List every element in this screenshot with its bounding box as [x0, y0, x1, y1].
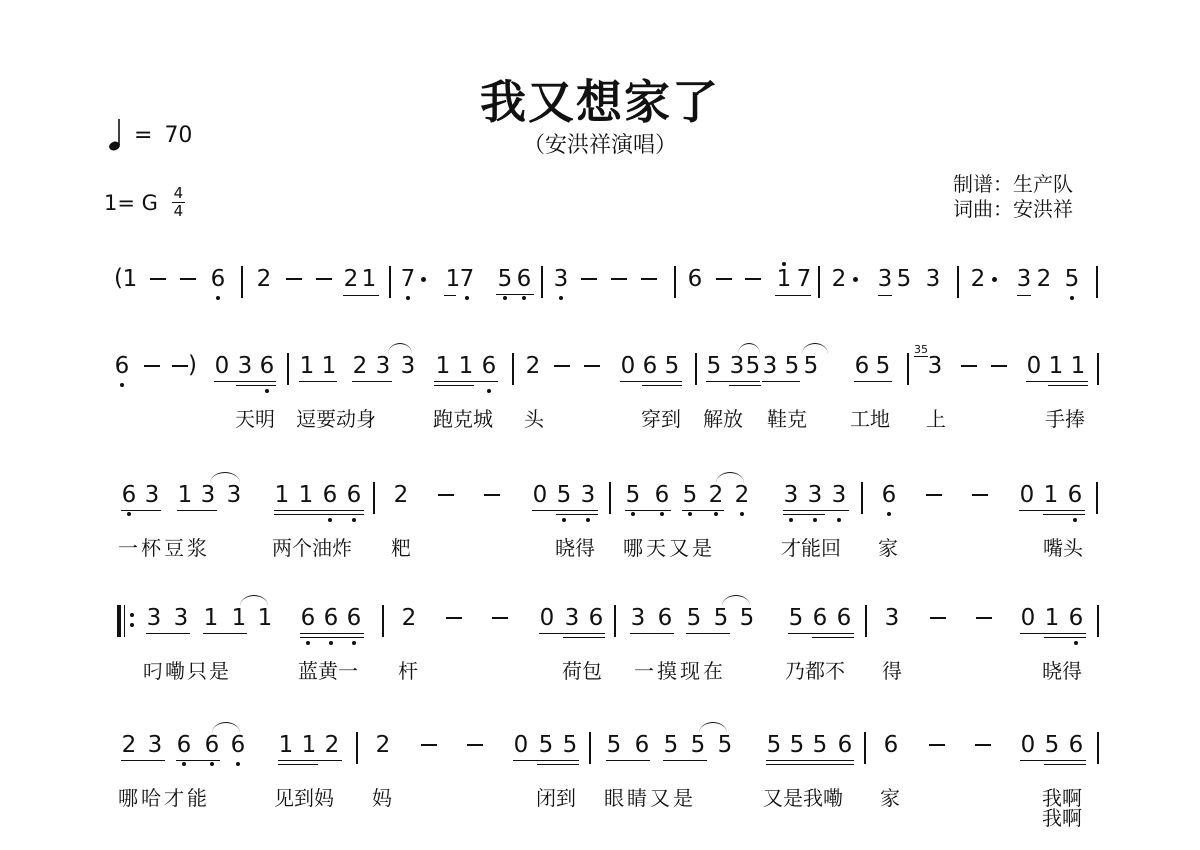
barline [287, 353, 289, 385]
low-octave-dot [813, 518, 817, 522]
note: 1 [1069, 353, 1087, 379]
note: 2 [374, 732, 392, 758]
beam-underline [1044, 637, 1086, 638]
beam-underline [766, 760, 854, 761]
note: 1 [121, 266, 139, 292]
dash [421, 744, 437, 746]
key-signature: 1= G 4 4 [104, 186, 185, 219]
barline [957, 266, 959, 298]
note: 3 [830, 482, 848, 508]
note: 1 [277, 732, 295, 758]
dash [150, 278, 166, 280]
low-octave-dot [216, 296, 220, 300]
note: 3 [926, 353, 944, 379]
beam-underline [563, 637, 605, 638]
low-octave-dot [127, 512, 131, 516]
dash [976, 617, 992, 619]
note: 3 [199, 482, 217, 508]
note: 1 [230, 605, 248, 631]
low-octave-dot [586, 518, 590, 522]
note: 0 [512, 732, 530, 758]
lyric: 乃都不 [785, 655, 845, 684]
barline [864, 732, 866, 764]
note: 3 [806, 482, 824, 508]
lyric: 粑 [391, 532, 411, 561]
note: 1 [457, 353, 475, 379]
close-paren: ) [188, 352, 197, 378]
lyric: 手捧 [1045, 403, 1085, 432]
note: 5 [605, 732, 623, 758]
note: 2 [969, 266, 987, 292]
lyric: 晓得 [1042, 655, 1082, 684]
low-octave-dot [465, 296, 469, 300]
note: 0 [1019, 605, 1037, 631]
note: 5 [716, 732, 734, 758]
note: 6 [345, 482, 363, 508]
beam-underline [121, 510, 161, 511]
lyric: 穿到 [641, 403, 681, 432]
beam-underline [1043, 514, 1085, 515]
note: 5 [712, 605, 730, 631]
beam-underline [762, 381, 800, 382]
note: 5 [788, 732, 806, 758]
note: 1 [297, 482, 315, 508]
barline [241, 266, 243, 298]
score-system-3: 63 13 3 1166 2 053 56 52 2 333 6 016 一杯豆… [0, 482, 1200, 592]
beam-underline [176, 760, 220, 761]
lyric: 蓝黄一 [298, 655, 358, 684]
note: 2 [524, 353, 542, 379]
beam-underline [214, 381, 276, 382]
low-octave-dot [352, 518, 356, 522]
barline [389, 266, 391, 298]
note: 3 [876, 266, 894, 292]
barline [1097, 353, 1099, 385]
note: 3 [225, 482, 243, 508]
barline [674, 266, 676, 298]
lyric: 逗要动身 [296, 403, 376, 432]
lyric: 家 [878, 532, 898, 561]
note: 6 [1067, 732, 1085, 758]
note: 5 [783, 353, 801, 379]
low-octave-dot [789, 518, 793, 522]
note: 6 [653, 482, 671, 508]
beam-underline [788, 633, 854, 634]
beam-underline [620, 381, 682, 382]
note: 3 [143, 482, 161, 508]
low-octave-dot [1074, 641, 1078, 645]
lyric: 叼嘞只是 [143, 655, 231, 684]
barline [818, 266, 820, 298]
beam-underline [783, 514, 825, 515]
lyric: 晓得 [555, 532, 595, 561]
dash [438, 494, 454, 496]
beam-underline [278, 760, 342, 761]
beam-underline [1020, 633, 1086, 634]
note: 5 [537, 732, 555, 758]
time-signature: 4 4 [172, 186, 185, 219]
note: 6 [209, 266, 227, 292]
note: 1 [273, 482, 291, 508]
dash [467, 744, 483, 746]
dash [286, 278, 302, 280]
note: 3 [629, 605, 647, 631]
note: 5 [624, 482, 642, 508]
beam-underline [146, 633, 190, 634]
low-octave-dot [837, 518, 841, 522]
note: 2 [323, 732, 341, 758]
note: 2 [707, 482, 725, 508]
lyric: 工地 [850, 403, 890, 432]
low-octave-dot [714, 512, 718, 516]
high-octave-dot [130, 623, 134, 627]
beam-underline [1048, 385, 1088, 386]
note: 5 [496, 266, 514, 292]
note: 6 [633, 732, 651, 758]
lyric: 一摸现在 [634, 655, 726, 684]
beam-underline [537, 764, 579, 765]
barline [1097, 605, 1099, 637]
note: 0 [531, 482, 549, 508]
beam-underline [1026, 381, 1088, 382]
note: 1 [434, 353, 452, 379]
beam-underline [630, 633, 674, 634]
lyric: 鞋克 [767, 403, 807, 432]
note: 3 [924, 266, 942, 292]
beam-underline [177, 510, 217, 511]
note: 6 [515, 266, 533, 292]
note: 3 [761, 353, 779, 379]
beam-underline [299, 381, 337, 382]
barline [861, 482, 863, 514]
note: 5 [765, 732, 783, 758]
augmentation-dot [992, 277, 997, 282]
note: 2 [351, 353, 369, 379]
lyric: 家 [880, 782, 900, 811]
lyric: 我啊 [1042, 802, 1082, 831]
dash [745, 278, 761, 280]
note: 1 [202, 605, 220, 631]
dash [716, 278, 732, 280]
quarter-note-icon [108, 118, 122, 152]
lyric: 见到妈 [274, 782, 334, 811]
beam-underline [539, 633, 605, 634]
note: 1 [256, 605, 274, 631]
note: 2 [1035, 266, 1053, 292]
note: 2 [400, 605, 418, 631]
beam-underline [878, 295, 892, 296]
credit-transcriber: 制谱：生产队 [953, 172, 1073, 197]
note: 6 [120, 482, 138, 508]
beam-underline [625, 510, 671, 511]
beam-underline [854, 381, 892, 382]
lyric: 妈 [372, 782, 392, 811]
barline [614, 605, 616, 637]
barline [589, 732, 591, 764]
note: 6 [853, 353, 871, 379]
note: 6 [686, 266, 704, 292]
lyric: 跑克城 [433, 403, 493, 432]
lyric: 又是我嘞 [763, 782, 843, 811]
dash [975, 744, 991, 746]
dash [929, 744, 945, 746]
beam-underline [1044, 764, 1086, 765]
beam-underline [121, 760, 165, 761]
low-octave-dot [660, 512, 664, 516]
low-octave-dot [328, 518, 332, 522]
note: 6 [587, 605, 605, 631]
note: 6 [656, 605, 674, 631]
note: 5 [1043, 732, 1061, 758]
lyric: 解放 [703, 403, 743, 432]
note: 1 [298, 353, 316, 379]
note: 6 [113, 353, 131, 379]
credits: 制谱：生产队 词曲：安洪祥 [953, 172, 1073, 222]
barline [512, 353, 514, 385]
dash [316, 278, 332, 280]
note: 5 [895, 266, 913, 292]
note: 6 [1067, 605, 1085, 631]
beam-underline [444, 295, 456, 296]
note: 3 [782, 482, 800, 508]
beam-underline [434, 385, 474, 386]
low-octave-dot [1070, 296, 1074, 300]
note: 1 [300, 732, 318, 758]
dash [446, 617, 462, 619]
dash [926, 494, 942, 496]
tempo-equals: = [134, 123, 152, 148]
low-octave-dot [406, 296, 410, 300]
note: 7 [795, 266, 813, 292]
note: 0 [538, 605, 556, 631]
low-octave-dot [559, 296, 563, 300]
note: 6 [321, 482, 339, 508]
beam-underline [706, 381, 760, 382]
lyric: 天明 [235, 403, 275, 432]
note: 5 [874, 353, 892, 379]
high-octave-dot [130, 613, 134, 617]
note: 3 [172, 605, 190, 631]
dash [930, 617, 946, 619]
note: 6 [229, 732, 247, 758]
beam-underline [783, 510, 849, 511]
lyric: 哪天又是 [623, 532, 715, 561]
beam-underline [203, 633, 247, 634]
beam-underline [556, 514, 598, 515]
barline [1097, 732, 1099, 764]
beam-underline [775, 295, 811, 296]
note: 2 [733, 482, 751, 508]
lyric: 荷包 [562, 655, 602, 684]
note: 5 [561, 732, 579, 758]
note: 2 [120, 732, 138, 758]
note: 5 [685, 605, 703, 631]
note: 6 [835, 605, 853, 631]
dash [611, 278, 627, 280]
note: 3 [563, 605, 581, 631]
note: 0 [1019, 732, 1037, 758]
beam-underline [686, 633, 730, 634]
dash [972, 494, 988, 496]
dash [641, 278, 657, 280]
beam-underline [434, 381, 498, 382]
low-octave-dot [503, 296, 507, 300]
note: 3 [236, 353, 254, 379]
low-octave-dot [210, 762, 214, 766]
note: 0 [1025, 353, 1043, 379]
beam-underline [532, 510, 598, 511]
note: 2 [830, 266, 848, 292]
beam-underline [1019, 510, 1085, 511]
lyric: 嘴头 [1043, 532, 1083, 561]
note: 1 [320, 353, 338, 379]
beam-underline [1017, 295, 1031, 296]
beam-underline [729, 385, 761, 386]
barline [373, 482, 375, 514]
low-octave-dot [265, 389, 269, 393]
augmentation-dot [421, 277, 426, 282]
note: 2 [392, 482, 410, 508]
note: 6 [175, 732, 193, 758]
tempo-value: 70 [164, 123, 192, 148]
lyric: 头 [524, 403, 544, 432]
note: 1 [360, 266, 378, 292]
beam-underline [663, 760, 707, 761]
time-sig-bottom: 4 [174, 204, 184, 219]
dash [581, 278, 597, 280]
beam-underline [343, 295, 379, 296]
note: 6 [480, 353, 498, 379]
note: 6 [880, 482, 898, 508]
note: 5 [744, 353, 762, 379]
note: 5 [1063, 266, 1081, 292]
note: 1 [1043, 605, 1061, 631]
repeat-barline [124, 605, 125, 637]
high-octave-dot [782, 262, 786, 266]
beam-underline [812, 637, 854, 638]
lyric: 闭到 [536, 782, 576, 811]
note: 6 [258, 353, 276, 379]
note: 3 [1015, 266, 1033, 292]
beam-underline [300, 633, 364, 634]
low-octave-dot [688, 512, 692, 516]
dash [991, 365, 1007, 367]
barline [609, 482, 611, 514]
barline [382, 605, 384, 637]
beam-underline [278, 764, 318, 765]
note: 1 [1042, 482, 1060, 508]
lyric: 杆 [398, 655, 418, 684]
note: 5 [662, 732, 680, 758]
dash [584, 365, 600, 367]
note: 1 [775, 266, 793, 292]
note: 0 [213, 353, 231, 379]
note: 6 [641, 353, 659, 379]
beam-underline [300, 637, 364, 638]
note: 1 [1047, 353, 1065, 379]
note: 3 [579, 482, 597, 508]
beam-underline [236, 385, 276, 386]
note: 6 [299, 605, 317, 631]
low-octave-dot [120, 383, 124, 387]
time-sig-top: 4 [174, 186, 184, 201]
note: 7 [399, 266, 417, 292]
note: 6 [836, 732, 854, 758]
dash [484, 494, 500, 496]
low-octave-dot [487, 389, 491, 393]
note: 6 [345, 605, 363, 631]
note: 3 [883, 605, 901, 631]
dash [961, 365, 977, 367]
beam-underline [274, 510, 364, 511]
augmentation-dot [853, 277, 858, 282]
beam-underline [766, 764, 854, 765]
note: 5 [738, 605, 756, 631]
low-octave-dot [631, 512, 635, 516]
tempo-marking: = 70 [108, 118, 192, 152]
note: 5 [689, 732, 707, 758]
low-octave-dot [1073, 518, 1077, 522]
note: 3 [146, 732, 164, 758]
low-octave-dot [562, 518, 566, 522]
lyric: 上 [926, 403, 946, 432]
repeat-start-barline [117, 605, 121, 637]
barline [865, 605, 867, 637]
note: 6 [203, 732, 221, 758]
note: 6 [811, 605, 829, 631]
barline [541, 266, 543, 298]
lyric: 一杯豆浆 [118, 532, 210, 561]
note: 5 [555, 482, 573, 508]
note: 0 [1018, 482, 1036, 508]
low-octave-dot [182, 762, 186, 766]
note: 3 [374, 353, 392, 379]
score-system-2: 6 ) 036 11 23 3 116 2 065 5 35 35 5 65 3… [0, 353, 1200, 463]
note: 0 [619, 353, 637, 379]
beam-underline [682, 510, 724, 511]
dash [172, 365, 188, 367]
beam-underline [642, 385, 682, 386]
note: 5 [663, 353, 681, 379]
note: 6 [1066, 482, 1084, 508]
beam-underline [352, 381, 392, 382]
score-system-5: 23 66 6 112 2 055 56 55 5 5556 6 056 哪哈才… [0, 732, 1200, 842]
lyric: 哪哈才能 [118, 782, 210, 811]
lyric: 得 [882, 655, 902, 684]
note: 3 [552, 266, 570, 292]
low-octave-dot [740, 512, 744, 516]
beam-underline [513, 760, 579, 761]
note: 1 [176, 482, 194, 508]
score-system-4: 33 11 1 666 2 036 36 55 5 566 3 016 叼嘞只是… [0, 605, 1200, 715]
beam-underline [606, 760, 650, 761]
dash [144, 365, 160, 367]
note: 6 [882, 732, 900, 758]
beam-underline [1020, 760, 1086, 761]
note: 5 [681, 482, 699, 508]
note: 2 [255, 266, 273, 292]
note: 7 [458, 266, 476, 292]
low-octave-dot [522, 296, 526, 300]
barline [1096, 482, 1098, 514]
note: 5 [802, 353, 820, 379]
note: 6 [322, 605, 340, 631]
beam-underline [496, 294, 534, 295]
note: 2 [342, 266, 360, 292]
note: 5 [705, 353, 723, 379]
dash [492, 617, 508, 619]
low-octave-dot [329, 641, 333, 645]
